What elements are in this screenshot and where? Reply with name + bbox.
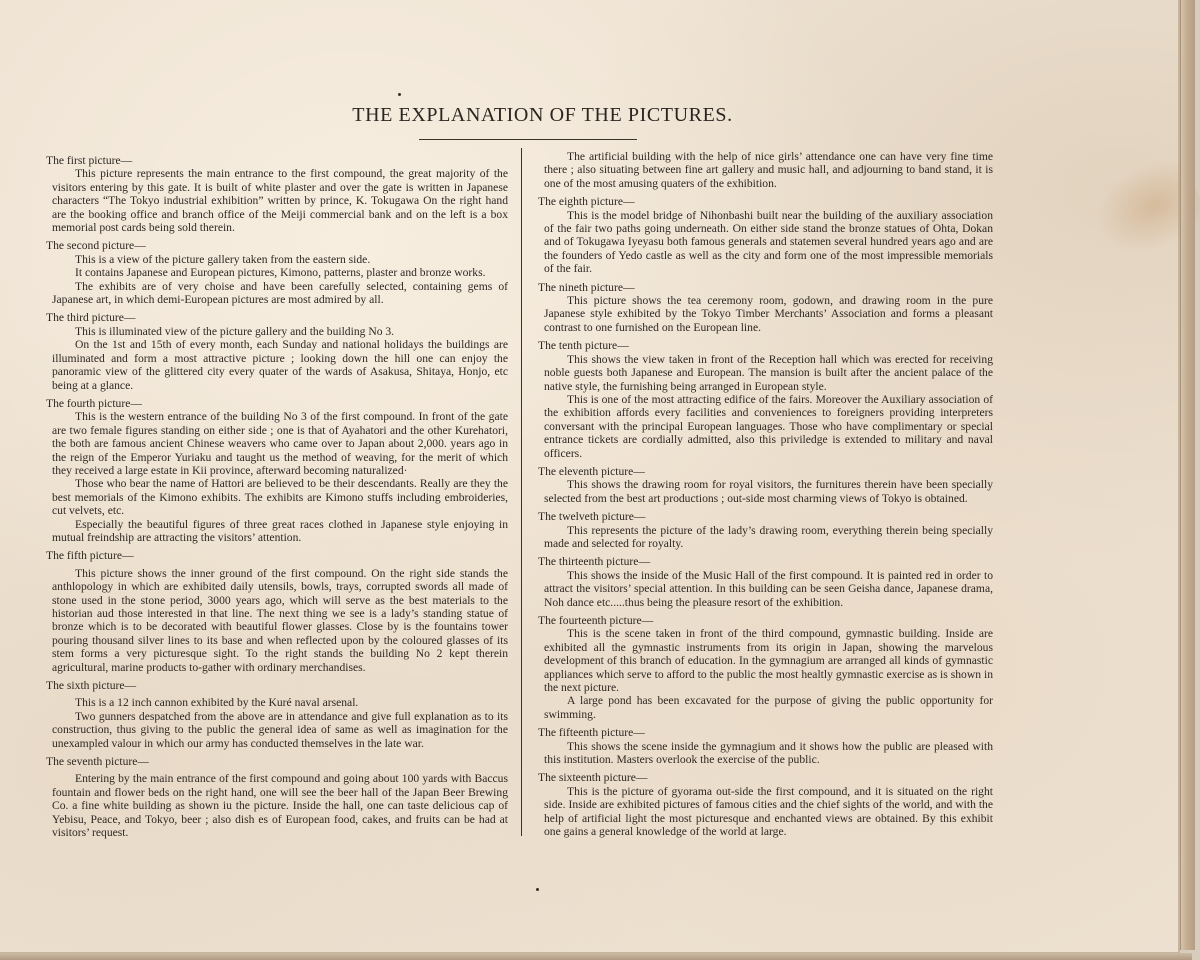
- right-column: The artificial building with the help of…: [538, 150, 993, 844]
- entry-paragraph: This shows the drawing room for royal vi…: [538, 478, 993, 505]
- entry-heading: The second picture—: [46, 239, 508, 252]
- entry-paragraph: Those who bear the name of Hattori are b…: [46, 477, 508, 517]
- entry-paragraph: The artificial building with the help of…: [538, 150, 993, 190]
- entry-third-picture: The third picture— This is illuminated v…: [46, 311, 508, 391]
- entry-heading: The fifth picture—: [46, 549, 508, 562]
- entry-heading: The thirteenth picture—: [538, 555, 993, 568]
- entry-fifth-picture: The fifth picture— This picture shows th…: [46, 549, 508, 674]
- ink-speck: [536, 888, 539, 891]
- entry-fifteenth-picture: The fifteenth picture— This shows the sc…: [538, 726, 993, 766]
- entry-paragraph: This shows the view taken in front of th…: [538, 353, 993, 393]
- entry-heading: The sixth picture—: [46, 679, 508, 692]
- entry-eighth-picture: The eighth picture— This is the model br…: [538, 195, 993, 275]
- document-page: THE EXPLANATION OF THE PICTURES. The fir…: [0, 0, 1180, 954]
- left-column: The first picture— This picture represen…: [46, 154, 508, 845]
- entry-paragraph: Especially the beautiful figures of thre…: [46, 518, 508, 545]
- entry-heading: The third picture—: [46, 311, 508, 324]
- entry-ninth-picture: The nineth picture— This picture shows t…: [538, 281, 993, 335]
- entry-heading: The sixteenth picture—: [538, 771, 993, 784]
- entry-twelfth-picture: The twelveth picture— This represents th…: [538, 510, 993, 550]
- entry-fourteenth-picture: The fourteenth picture— This is the scen…: [538, 614, 993, 721]
- entry-eleventh-picture: The eleventh picture— This shows the dra…: [538, 465, 993, 505]
- column-divider: [521, 148, 522, 836]
- entry-first-picture: The first picture— This picture represen…: [46, 154, 508, 234]
- entry-heading: The nineth picture—: [538, 281, 993, 294]
- entry-paragraph: On the 1st and 15th of every month, each…: [46, 338, 508, 392]
- entry-paragraph: This is the western entrance of the buil…: [46, 410, 508, 477]
- entry-heading: The fourth picture—: [46, 397, 508, 410]
- entry-paragraph: This is the picture of gyorama out-side …: [538, 785, 993, 839]
- entry-heading: The eleventh picture—: [538, 465, 993, 478]
- entry-paragraph: Entering by the main entrance of the fir…: [46, 772, 508, 839]
- entry-paragraph: This is a view of the picture gallery ta…: [46, 253, 508, 266]
- entry-sixth-picture: The sixth picture— This is a 12 inch can…: [46, 679, 508, 750]
- entry-heading: The tenth picture—: [538, 339, 993, 352]
- ink-speck: [398, 93, 401, 96]
- entry-paragraph: Two gunners despatched from the above ar…: [46, 710, 508, 750]
- entry-seventh-picture: The seventh picture— Entering by the mai…: [46, 755, 508, 839]
- entry-heading: The fifteenth picture—: [538, 726, 993, 739]
- entry-paragraph: This represents the picture of the lady’…: [538, 524, 993, 551]
- entry-paragraph: This picture shows the tea ceremony room…: [538, 294, 993, 334]
- entry-seventh-picture-continued: The artificial building with the help of…: [538, 150, 993, 190]
- entry-heading: The fourteenth picture—: [538, 614, 993, 627]
- entry-paragraph: This is the scene taken in front of the …: [538, 627, 993, 694]
- entry-thirteenth-picture: The thirteenth picture— This shows the i…: [538, 555, 993, 609]
- entry-paragraph: This is illuminated view of the picture …: [46, 325, 508, 338]
- entry-paragraph: This shows the inside of the Music Hall …: [538, 569, 993, 609]
- page-edge-bottom: [0, 953, 1192, 960]
- page-title: THE EXPLANATION OF THE PICTURES.: [0, 104, 1085, 127]
- entry-paragraph: This shows the scene inside the gymnagiu…: [538, 740, 993, 767]
- entry-sixteenth-picture: The sixteenth picture— This is the pictu…: [538, 771, 993, 838]
- entry-paragraph: This is a 12 inch cannon exhibited by th…: [46, 696, 508, 709]
- entry-paragraph: It contains Japanese and European pictur…: [46, 266, 508, 279]
- entry-paragraph: A large pond has been excavated for the …: [538, 694, 993, 721]
- entry-fourth-picture: The fourth picture— This is the western …: [46, 397, 508, 544]
- entry-heading: The seventh picture—: [46, 755, 508, 768]
- entry-tenth-picture: The tenth picture— This shows the view t…: [538, 339, 993, 460]
- page-edge-right: [1180, 0, 1195, 950]
- entry-paragraph: The exhibits are of very choise and have…: [46, 280, 508, 307]
- entry-heading: The eighth picture—: [538, 195, 993, 208]
- entry-second-picture: The second picture— This is a view of th…: [46, 239, 508, 306]
- title-underline-rule: [419, 139, 637, 140]
- entry-paragraph: This picture represents the main entranc…: [46, 167, 508, 234]
- entry-heading: The first picture—: [46, 154, 508, 167]
- entry-paragraph: This is the model bridge of Nihonbashi b…: [538, 209, 993, 276]
- entry-paragraph: This is one of the most attracting edifi…: [538, 393, 993, 460]
- entry-heading: The twelveth picture—: [538, 510, 993, 523]
- entry-paragraph: This picture shows the inner ground of t…: [46, 567, 508, 674]
